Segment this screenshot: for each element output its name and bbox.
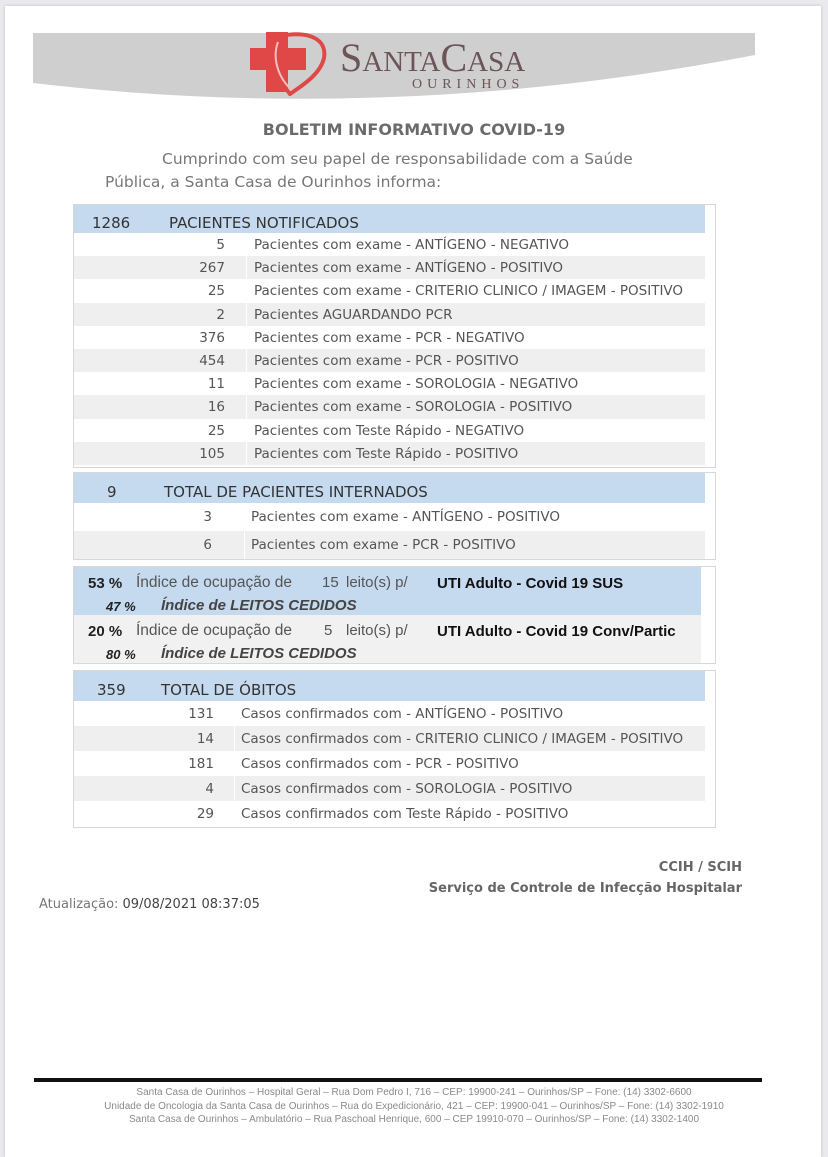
table-row: 29Casos confirmados com Teste Rápido - P… — [74, 801, 705, 826]
column-divider — [234, 751, 235, 776]
signature-line-2: Serviço de Controle de Infecção Hospital… — [429, 881, 742, 896]
table-header: 1286 PACIENTES NOTIFICADOS — [74, 205, 705, 233]
table-row: 5Pacientes com exame - ANTÍGENO - NEGATI… — [74, 233, 705, 256]
table-row: 6Pacientes com exame - PCR - POSITIVO — [74, 531, 705, 559]
row-value: 25 — [208, 423, 225, 439]
table-row: 16Pacientes com exame - SOROLOGIA - POSI… — [74, 395, 705, 418]
occupancy-text: Índice de ocupação de — [136, 622, 292, 640]
table-row: 14Casos confirmados com - CRITERIO CLINI… — [74, 726, 705, 751]
column-divider — [234, 701, 235, 726]
row-value: 181 — [188, 756, 214, 772]
unit-name: UTI Adulto - Covid 19 SUS — [437, 575, 623, 592]
row-label: Pacientes com Teste Rápido - NEGATIVO — [254, 423, 524, 439]
column-divider — [246, 256, 247, 279]
deaths-table: 359 TOTAL DE ÓBITOS 131Casos confirmados… — [73, 670, 716, 828]
row-label: Pacientes com exame - PCR - POSITIVO — [254, 353, 519, 369]
update-label: Atualização: — [39, 897, 118, 912]
occupancy-text: Índice de ocupação de — [136, 574, 292, 592]
table-row: 2Pacientes AGUARDANDO PCR — [74, 303, 705, 326]
ceded-pct: 47 % — [106, 599, 136, 614]
hospitalized-label: TOTAL DE PACIENTES INTERNADOS — [164, 483, 428, 501]
row-value: 4 — [205, 781, 214, 797]
row-label: Pacientes com exame - PCR - POSITIVO — [251, 537, 516, 553]
row-value: 29 — [197, 806, 214, 822]
row-label: Casos confirmados com Teste Rápido - POS… — [241, 806, 568, 822]
column-divider — [234, 801, 235, 826]
intro-line-1: Cumprindo com seu papel de responsabilid… — [162, 150, 633, 168]
row-value: 3 — [203, 509, 212, 525]
logo-wordmark: SANTACASA — [340, 38, 525, 78]
row-value: 454 — [199, 353, 225, 369]
notified-total: 1286 — [92, 214, 130, 232]
column-divider — [244, 531, 245, 559]
row-value: 376 — [199, 330, 225, 346]
row-label: Pacientes AGUARDANDO PCR — [254, 307, 452, 323]
row-label: Pacientes com exame - ANTÍGENO - POSITIV… — [251, 509, 560, 525]
hospitalized-table: 9 TOTAL DE PACIENTES INTERNADOS 3Pacient… — [73, 472, 716, 560]
hospitalized-total: 9 — [107, 483, 117, 501]
ceded-label: Índice de LEITOS CEDIDOS — [161, 597, 357, 614]
column-divider — [234, 776, 235, 801]
row-label: Casos confirmados com - SOROLOGIA - POSI… — [241, 781, 572, 797]
table-header: 9 TOTAL DE PACIENTES INTERNADOS — [74, 473, 705, 503]
ceded-label: Índice de LEITOS CEDIDOS — [161, 645, 357, 662]
footer-address-1: Santa Casa de Ourinhos – Hospital Geral … — [0, 1087, 828, 1098]
row-label: Pacientes com exame - PCR - NEGATIVO — [254, 330, 525, 346]
bed-suffix: leito(s) p/ — [346, 622, 408, 639]
row-value: 16 — [208, 399, 225, 415]
occupancy-pct: 20 % — [88, 623, 122, 640]
row-value: 5 — [216, 237, 225, 253]
row-value: 14 — [197, 731, 214, 747]
table-row: 267Pacientes com exame - ANTÍGENO - POSI… — [74, 256, 705, 279]
row-label: Casos confirmados com - ANTÍGENO - POSIT… — [241, 706, 563, 722]
occupancy-pct: 53 % — [88, 575, 122, 592]
table-header: 359 TOTAL DE ÓBITOS — [74, 671, 705, 701]
table-row: 11Pacientes com exame - SOROLOGIA - NEGA… — [74, 372, 705, 395]
row-value: 11 — [208, 376, 225, 392]
row-label: Casos confirmados com - PCR - POSITIVO — [241, 756, 519, 772]
bed-count: 5 — [324, 622, 332, 639]
row-label: Pacientes com Teste Rápido - POSITIVO — [254, 446, 518, 462]
ceded-pct: 80 % — [106, 647, 136, 662]
update-value: 09/08/2021 08:37:05 — [122, 897, 259, 912]
row-value: 25 — [208, 283, 225, 299]
row-value: 267 — [199, 260, 225, 276]
table-row: 181Casos confirmados com - PCR - POSITIV… — [74, 751, 705, 776]
footer-address-2: Unidade de Oncologia da Santa Casa de Ou… — [0, 1101, 828, 1112]
table-row: 131Casos confirmados com - ANTÍGENO - PO… — [74, 701, 705, 726]
table-row: 376Pacientes com exame - PCR - NEGATIVO — [74, 326, 705, 349]
table-row: 3Pacientes com exame - ANTÍGENO - POSITI… — [74, 503, 705, 531]
occupancy-row-conv: 20 % Índice de ocupação de 5 leito(s) p/… — [74, 615, 701, 663]
column-divider — [246, 395, 247, 418]
column-divider — [246, 233, 247, 256]
table-row: 4Casos confirmados com - SOROLOGIA - POS… — [74, 776, 705, 801]
table-row: 454Pacientes com exame - PCR - POSITIVO — [74, 349, 705, 372]
column-divider — [246, 303, 247, 326]
table-row: 25Pacientes com Teste Rápido - NEGATIVO — [74, 419, 705, 442]
table-row: 25Pacientes com exame - CRITERIO CLINICO… — [74, 279, 705, 302]
column-divider — [246, 372, 247, 395]
notified-label: PACIENTES NOTIFICADOS — [169, 214, 359, 232]
row-label: Pacientes com exame - ANTÍGENO - NEGATIV… — [254, 237, 569, 253]
footer-divider — [34, 1078, 762, 1082]
occupancy-row-sus: 53 % Índice de ocupação de 15 leito(s) p… — [74, 567, 701, 615]
column-divider — [246, 419, 247, 442]
logo-subtitle: OURINHOS — [412, 77, 524, 93]
column-divider — [246, 326, 247, 349]
column-divider — [234, 726, 235, 751]
bed-count: 15 — [322, 574, 339, 591]
column-divider — [246, 279, 247, 302]
occupancy-table: 53 % Índice de ocupação de 15 leito(s) p… — [73, 566, 716, 664]
row-value: 131 — [188, 706, 214, 722]
page-title: BOLETIM INFORMATIVO COVID-19 — [0, 120, 828, 139]
row-label: Casos confirmados com - CRITERIO CLINICO… — [241, 731, 683, 747]
row-label: Pacientes com exame - ANTÍGENO - POSITIV… — [254, 260, 563, 276]
signature-line-1: CCIH / SCIH — [659, 860, 742, 875]
row-label: Pacientes com exame - SOROLOGIA - POSITI… — [254, 399, 572, 415]
intro-line-2: Pública, a Santa Casa de Ourinhos inform… — [105, 173, 441, 191]
santa-casa-logo-icon — [248, 28, 328, 96]
column-divider — [244, 503, 245, 531]
deaths-label: TOTAL DE ÓBITOS — [161, 681, 296, 699]
table-row: 105Pacientes com Teste Rápido - POSITIVO — [74, 442, 705, 465]
row-value: 105 — [199, 446, 225, 462]
deaths-total: 359 — [97, 681, 126, 699]
row-label: Pacientes com exame - CRITERIO CLINICO /… — [254, 283, 683, 299]
update-timestamp: Atualização:09/08/2021 08:37:05 — [39, 897, 260, 912]
notified-patients-table: 1286 PACIENTES NOTIFICADOS 5Pacientes co… — [73, 204, 716, 468]
row-label: Pacientes com exame - SOROLOGIA - NEGATI… — [254, 376, 578, 392]
footer-address-3: Santa Casa de Ourinhos – Ambulatório – R… — [0, 1114, 828, 1125]
column-divider — [246, 442, 247, 465]
column-divider — [246, 349, 247, 372]
unit-name: UTI Adulto - Covid 19 Conv/Partic — [437, 623, 676, 640]
row-value: 2 — [216, 307, 225, 323]
bed-suffix: leito(s) p/ — [346, 574, 408, 591]
row-value: 6 — [203, 537, 212, 553]
